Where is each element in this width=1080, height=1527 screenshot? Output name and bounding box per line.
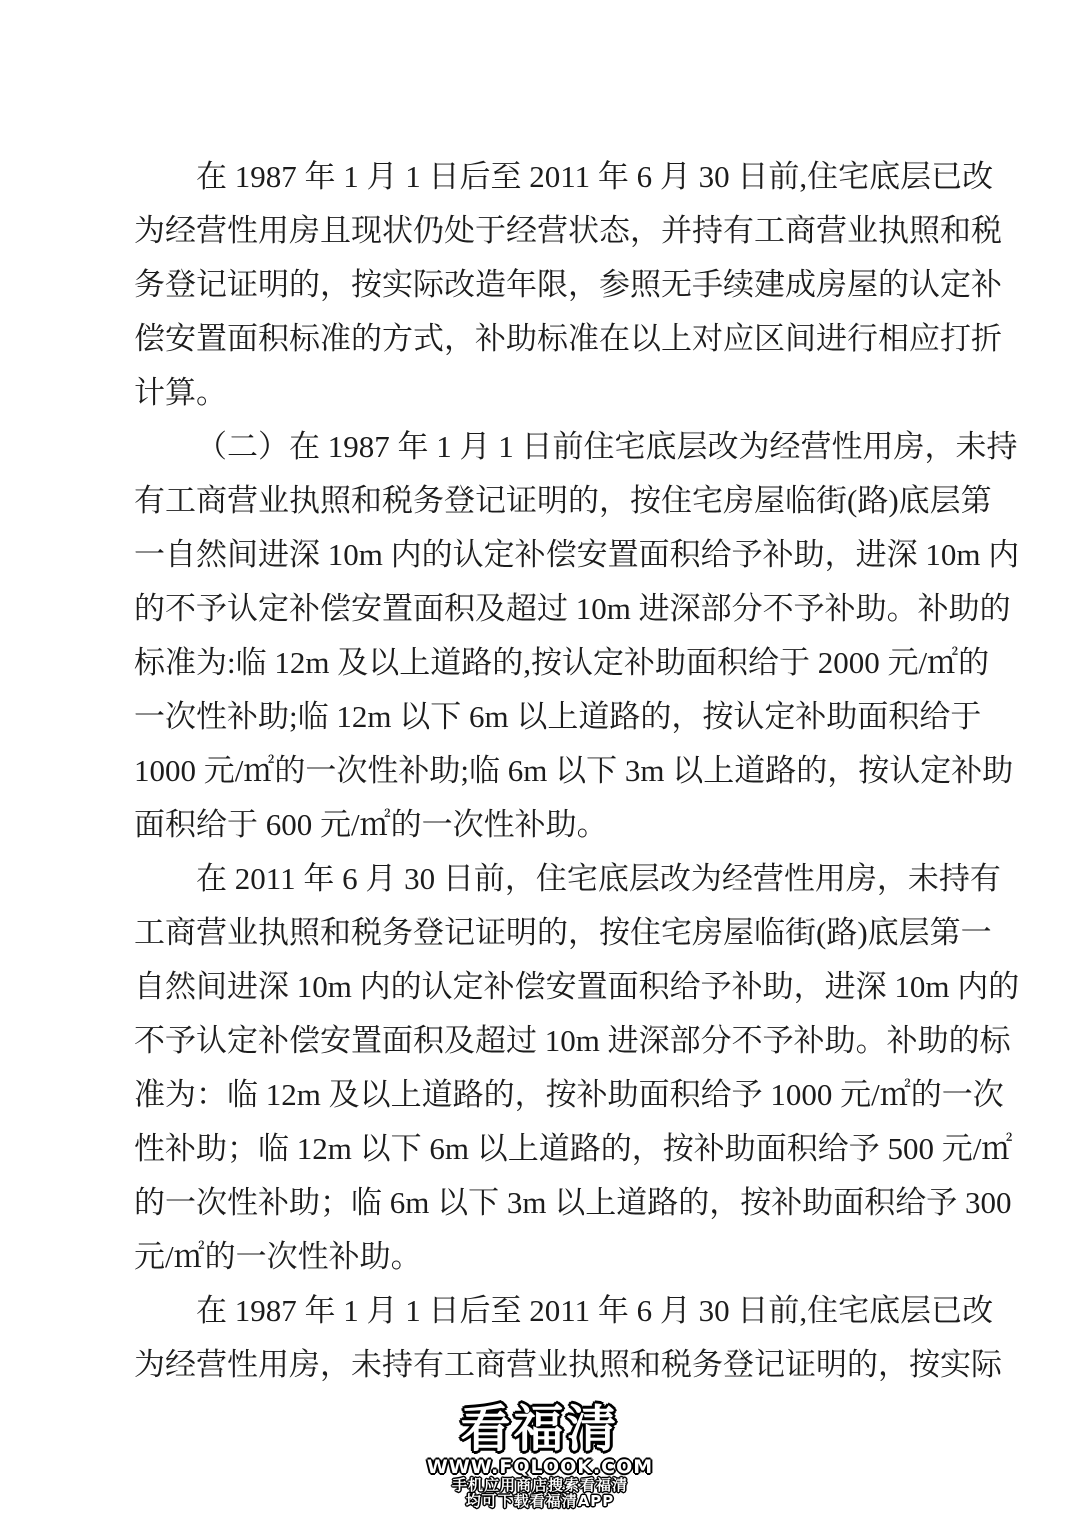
watermark-url: WWW.FQLOOK.COM [0, 1457, 1080, 1477]
watermark-tagline-2: 均可下载看福清APP [0, 1493, 1080, 1509]
text-line: 标准为:临 12m 及以上道路的,按认定补助面积给于 2000 元/㎡的 [134, 636, 974, 690]
text-line: 自然间进深 10m 内的认定补偿安置面积给予补助，进深 10m 内的 [134, 960, 974, 1014]
text-line: 准为：临 12m 及以上道路的，按补助面积给予 1000 元/㎡的一次 [134, 1068, 974, 1122]
text-line: 1000 元/㎡的一次性补助;临 6m 以下 3m 以上道路的，按认定补助 [134, 744, 974, 798]
text-line: 工商营业执照和税务登记证明的，按住宅房屋临街(路)底层第一 [134, 906, 974, 960]
text-line: 为经营性用房，未持有工商营业执照和税务登记证明的，按实际 [134, 1338, 974, 1392]
document-page: 在 1987 年 1 月 1 日后至 2011 年 6 月 30 日前,住宅底层… [0, 0, 1080, 1527]
text-line: 的一次性补助；临 6m 以下 3m 以上道路的，按补助面积给予 300 [134, 1176, 974, 1230]
text-line: 元/㎡的一次性补助。 [134, 1230, 974, 1284]
watermark-tagline-1: 手机应用商店搜索看福清 [0, 1477, 1080, 1493]
text-line: 有工商营业执照和税务登记证明的，按住宅房屋临街(路)底层第 [134, 474, 974, 528]
paragraph-1: 在 1987 年 1 月 1 日后至 2011 年 6 月 30 日前,住宅底层… [134, 150, 974, 420]
text-line: 不予认定补偿安置面积及超过 10m 进深部分不予补助。补助的标 [134, 1014, 974, 1068]
watermark-logo-text: 看福清 [0, 1401, 1080, 1457]
text-line: （二）在 1987 年 1 月 1 日前住宅底层改为经营性用房，未持 [134, 420, 974, 474]
paragraph-3: 在 2011 年 6 月 30 日前，住宅底层改为经营性用房，未持有 工商营业执… [134, 852, 974, 1284]
text-line: 性补助；临 12m 以下 6m 以上道路的，按补助面积给予 500 元/㎡ [134, 1122, 974, 1176]
watermark: 看福清 WWW.FQLOOK.COM 手机应用商店搜索看福清 均可下载看福清AP… [0, 1401, 1080, 1509]
text-line: 务登记证明的，按实际改造年限，参照无手续建成房屋的认定补 [134, 258, 974, 312]
text-line: 面积给于 600 元/㎡的一次性补助。 [134, 798, 974, 852]
document-body: 在 1987 年 1 月 1 日后至 2011 年 6 月 30 日前,住宅底层… [134, 150, 974, 1392]
text-line: 为经营性用房且现状仍处于经营状态，并持有工商营业执照和税 [134, 204, 974, 258]
paragraph-4: 在 1987 年 1 月 1 日后至 2011 年 6 月 30 日前,住宅底层… [134, 1284, 974, 1392]
text-line: 在 2011 年 6 月 30 日前，住宅底层改为经营性用房，未持有 [134, 852, 974, 906]
text-line: 在 1987 年 1 月 1 日后至 2011 年 6 月 30 日前,住宅底层… [134, 150, 974, 204]
text-line: 一自然间进深 10m 内的认定补偿安置面积给予补助，进深 10m 内 [134, 528, 974, 582]
paragraph-2: （二）在 1987 年 1 月 1 日前住宅底层改为经营性用房，未持 有工商营业… [134, 420, 974, 852]
text-line: 偿安置面积标准的方式，补助标准在以上对应区间进行相应打折 [134, 312, 974, 366]
text-line: 的不予认定补偿安置面积及超过 10m 进深部分不予补助。补助的 [134, 582, 974, 636]
text-line: 在 1987 年 1 月 1 日后至 2011 年 6 月 30 日前,住宅底层… [134, 1284, 974, 1338]
text-line: 一次性补助;临 12m 以下 6m 以上道路的，按认定补助面积给于 [134, 690, 974, 744]
text-line: 计算。 [134, 366, 974, 420]
